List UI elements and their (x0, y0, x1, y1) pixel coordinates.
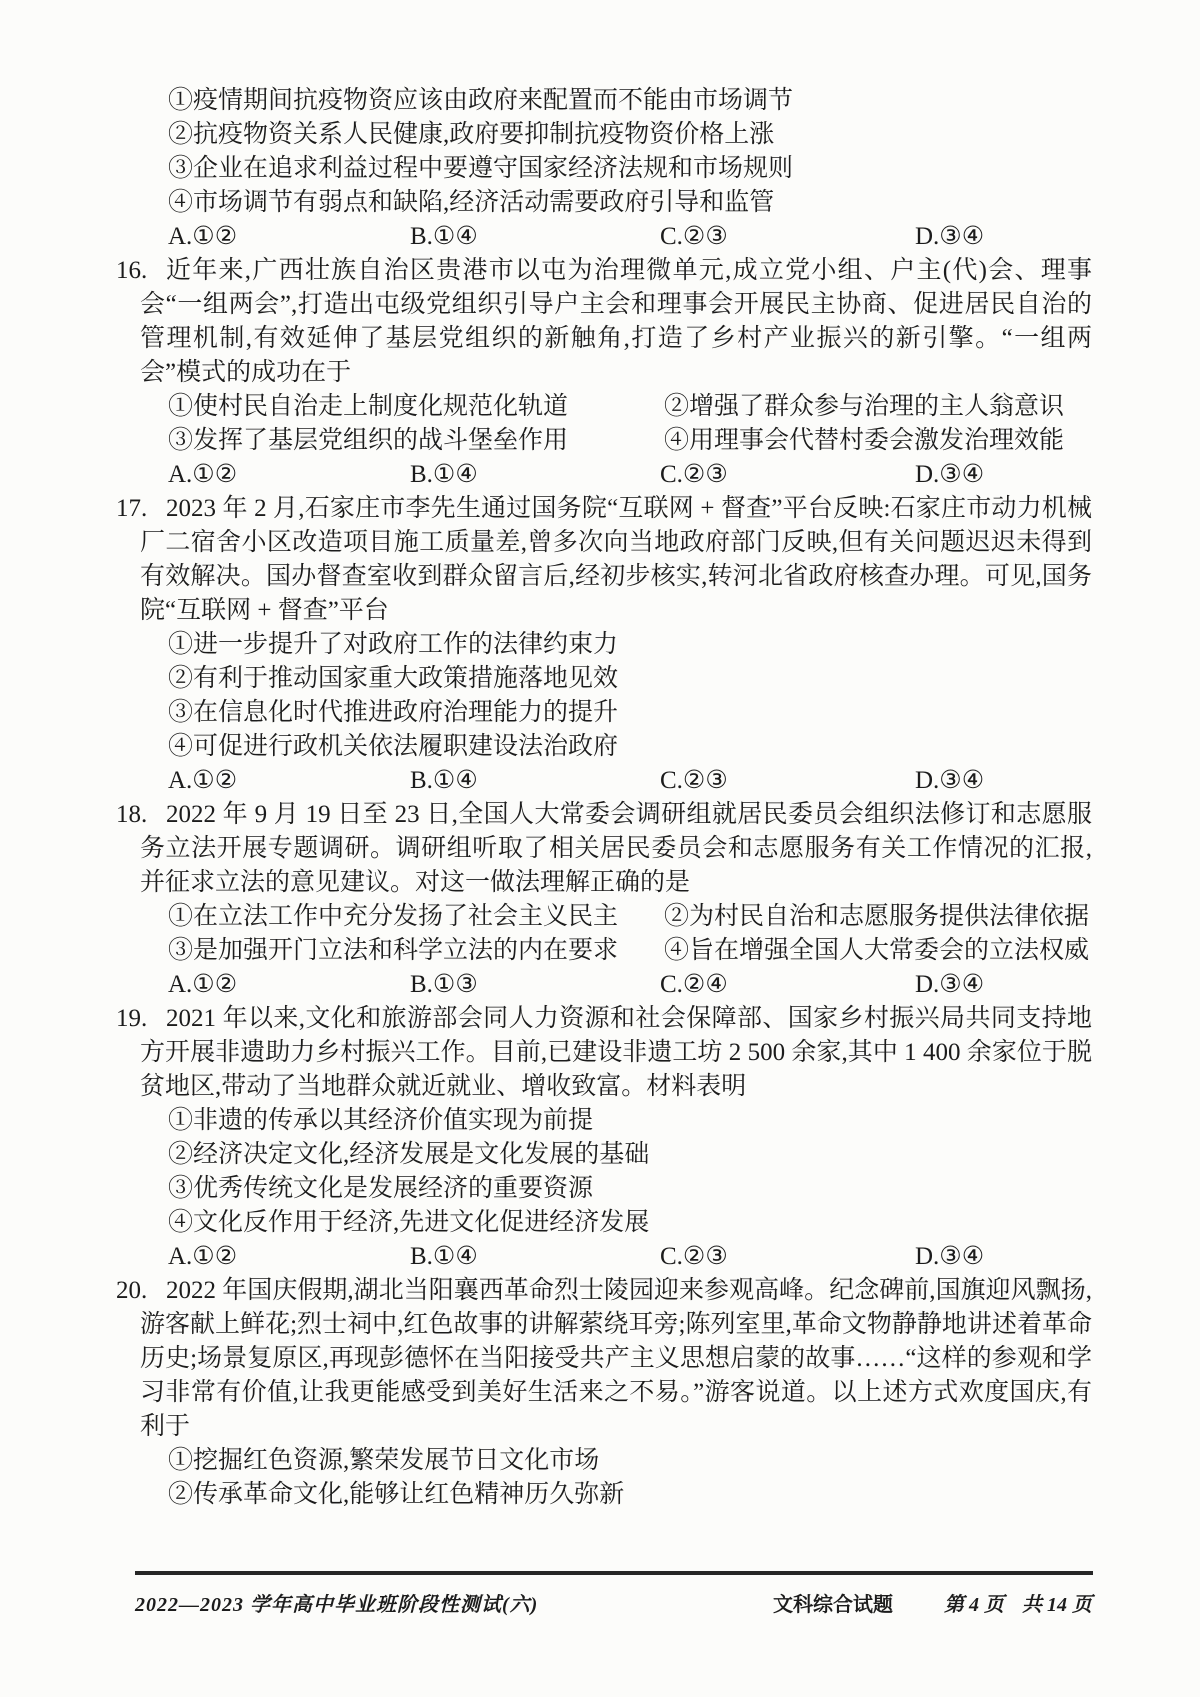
choice-a: A.①② (168, 764, 237, 798)
option-item: ③是加强开门立法和科学立法的内在要求 (168, 934, 664, 968)
option-item: ②增强了群众参与治理的主人翁意识 (664, 390, 1064, 424)
question-number: 16. (116, 254, 147, 288)
choice-b: B.①④ (410, 764, 478, 798)
question-15-fragment: ①疫情期间抗疫物资应该由政府来配置而不能由市场调节 ②抗疫物资关系人民健康,政府… (140, 84, 1092, 254)
option-item: ③发挥了基层党组织的战斗堡垒作用 (168, 424, 664, 458)
choice-c: C.②④ (660, 968, 728, 1002)
choice-a: A.①② (168, 458, 237, 492)
choice-c: C.②③ (660, 1240, 728, 1274)
choice-row: A.①② B.①④ C.②③ D.③④ (140, 458, 1092, 492)
option-item: ②有利于推动国家重大政策措施落地见效 (168, 662, 1092, 696)
question-stem: 18.2022 年 9 月 19 日至 23 日,全国人大常委会调研组就居民委员… (140, 798, 1092, 900)
choice-d: D.③④ (915, 1240, 984, 1274)
choice-c: C.②③ (660, 764, 728, 798)
choice-b: B.①④ (410, 458, 478, 492)
question-stem-text: 2023 年 2 月,石家庄市李先生通过国务院“互联网 + 督查”平台反映:石家… (140, 495, 1092, 624)
choice-c: C.②③ (660, 458, 728, 492)
question-stem-text: 近年来,广西壮族自治区贵港市以屯为治理微单元,成立党小组、户主(代)会、理事会“… (140, 257, 1092, 386)
option-item: ②抗疫物资关系人民健康,政府要抑制抗疫物资价格上涨 (168, 118, 1092, 152)
option-item: ④可促进行政机关依法履职建设法治政府 (168, 730, 1092, 764)
question-stem: 19.2021 年以来,文化和旅游部会同人力资源和社会保障部、国家乡村振兴局共同… (140, 1002, 1092, 1104)
choice-row: A.①② B.①④ C.②③ D.③④ (140, 764, 1092, 798)
question-number: 20. (116, 1274, 147, 1308)
choice-row: A.①② B.①④ C.②③ D.③④ (140, 1240, 1092, 1274)
footer-divider (135, 1571, 1093, 1575)
option-item: ①进一步提升了对政府工作的法律约束力 (168, 628, 1092, 662)
option-item: ②为村民自治和志愿服务提供法律依据 (664, 900, 1089, 934)
choice-row: A.①② B.①④ C.②③ D.③④ (140, 220, 1092, 254)
choice-b: B.①④ (410, 220, 478, 254)
option-item: ④文化反作用于经济,先进文化促进经济发展 (168, 1206, 1092, 1240)
option-item: ①挖掘红色资源,繁荣发展节日文化市场 (168, 1444, 1092, 1478)
option-item: ①非遗的传承以其经济价值实现为前提 (168, 1104, 1092, 1138)
option-item: ④旨在增强全国人大常委会的立法权威 (664, 934, 1089, 968)
question-18: 18.2022 年 9 月 19 日至 23 日,全国人大常委会调研组就居民委员… (140, 798, 1092, 1002)
option-item: ①使村民自治走上制度化规范化轨道 (168, 390, 664, 424)
option-item: ③企业在追求利益过程中要遵守国家经济法规和市场规则 (168, 152, 1092, 186)
footer-exam-name: 2022—2023 学年高中毕业班阶段性测试(六) (135, 1590, 538, 1620)
choice-a: A.①② (168, 1240, 237, 1274)
option-item: ③优秀传统文化是发展经济的重要资源 (168, 1172, 1092, 1206)
option-item: ①在立法工作中充分发扬了社会主义民主 (168, 900, 664, 934)
option-item: ③在信息化时代推进政府治理能力的提升 (168, 696, 1092, 730)
option-row: ①使村民自治走上制度化规范化轨道 ②增强了群众参与治理的主人翁意识 (168, 390, 1092, 424)
question-number: 19. (116, 1002, 147, 1036)
question-stem-text: 2022 年 9 月 19 日至 23 日,全国人大常委会调研组就居民委员会组织… (140, 801, 1092, 896)
question-number: 17. (116, 492, 147, 526)
option-row: ③发挥了基层党组织的战斗堡垒作用 ④用理事会代替村委会激发治理效能 (168, 424, 1092, 458)
choice-d: D.③④ (915, 968, 984, 1002)
option-row: ①在立法工作中充分发扬了社会主义民主 ②为村民自治和志愿服务提供法律依据 (168, 900, 1092, 934)
question-number: 18. (116, 798, 147, 832)
choice-b: B.①③ (410, 968, 478, 1002)
option-item: ④用理事会代替村委会激发治理效能 (664, 424, 1064, 458)
choice-d: D.③④ (915, 458, 984, 492)
question-16: 16.近年来,广西壮族自治区贵港市以屯为治理微单元,成立党小组、户主(代)会、理… (140, 254, 1092, 492)
option-item: ②传承革命文化,能够让红色精神历久弥新 (168, 1478, 1092, 1512)
option-row: ③是加强开门立法和科学立法的内在要求 ④旨在增强全国人大常委会的立法权威 (168, 934, 1092, 968)
choice-a: A.①② (168, 968, 237, 1002)
choice-row: A.①② B.①③ C.②④ D.③④ (140, 968, 1092, 1002)
choice-b: B.①④ (410, 1240, 478, 1274)
option-item: ①疫情期间抗疫物资应该由政府来配置而不能由市场调节 (168, 84, 1092, 118)
question-17: 17.2023 年 2 月,石家庄市李先生通过国务院“互联网 + 督查”平台反映… (140, 492, 1092, 798)
option-item: ④市场调节有弱点和缺陷,经济活动需要政府引导和监管 (168, 186, 1092, 220)
footer-total-pages: 共 14 页 (1022, 1590, 1092, 1620)
question-stem: 16.近年来,广西壮族自治区贵港市以屯为治理微单元,成立党小组、户主(代)会、理… (140, 254, 1092, 390)
page-footer: 2022—2023 学年高中毕业班阶段性测试(六) 文科综合试题 第 4 页 共… (0, 1590, 1200, 1620)
exam-content: ①疫情期间抗疫物资应该由政府来配置而不能由市场调节 ②抗疫物资关系人民健康,政府… (140, 84, 1092, 1512)
footer-page-number: 第 4 页 (944, 1590, 1004, 1620)
question-stem-text: 2021 年以来,文化和旅游部会同人力资源和社会保障部、国家乡村振兴局共同支持地… (140, 1005, 1092, 1100)
option-item: ②经济决定文化,经济发展是文化发展的基础 (168, 1138, 1092, 1172)
choice-c: C.②③ (660, 220, 728, 254)
question-stem-text: 2022 年国庆假期,湖北当阳襄西革命烈士陵园迎来参观高峰。纪念碑前,国旗迎风飘… (140, 1277, 1092, 1440)
choice-d: D.③④ (915, 764, 984, 798)
exam-page: ①疫情期间抗疫物资应该由政府来配置而不能由市场调节 ②抗疫物资关系人民健康,政府… (0, 0, 1200, 1697)
choice-a: A.①② (168, 220, 237, 254)
question-19: 19.2021 年以来,文化和旅游部会同人力资源和社会保障部、国家乡村振兴局共同… (140, 1002, 1092, 1274)
question-stem: 17.2023 年 2 月,石家庄市李先生通过国务院“互联网 + 督查”平台反映… (140, 492, 1092, 628)
footer-subject: 文科综合试题 (773, 1590, 893, 1620)
question-20: 20.2022 年国庆假期,湖北当阳襄西革命烈士陵园迎来参观高峰。纪念碑前,国旗… (140, 1274, 1092, 1512)
choice-d: D.③④ (915, 220, 984, 254)
question-stem: 20.2022 年国庆假期,湖北当阳襄西革命烈士陵园迎来参观高峰。纪念碑前,国旗… (140, 1274, 1092, 1444)
